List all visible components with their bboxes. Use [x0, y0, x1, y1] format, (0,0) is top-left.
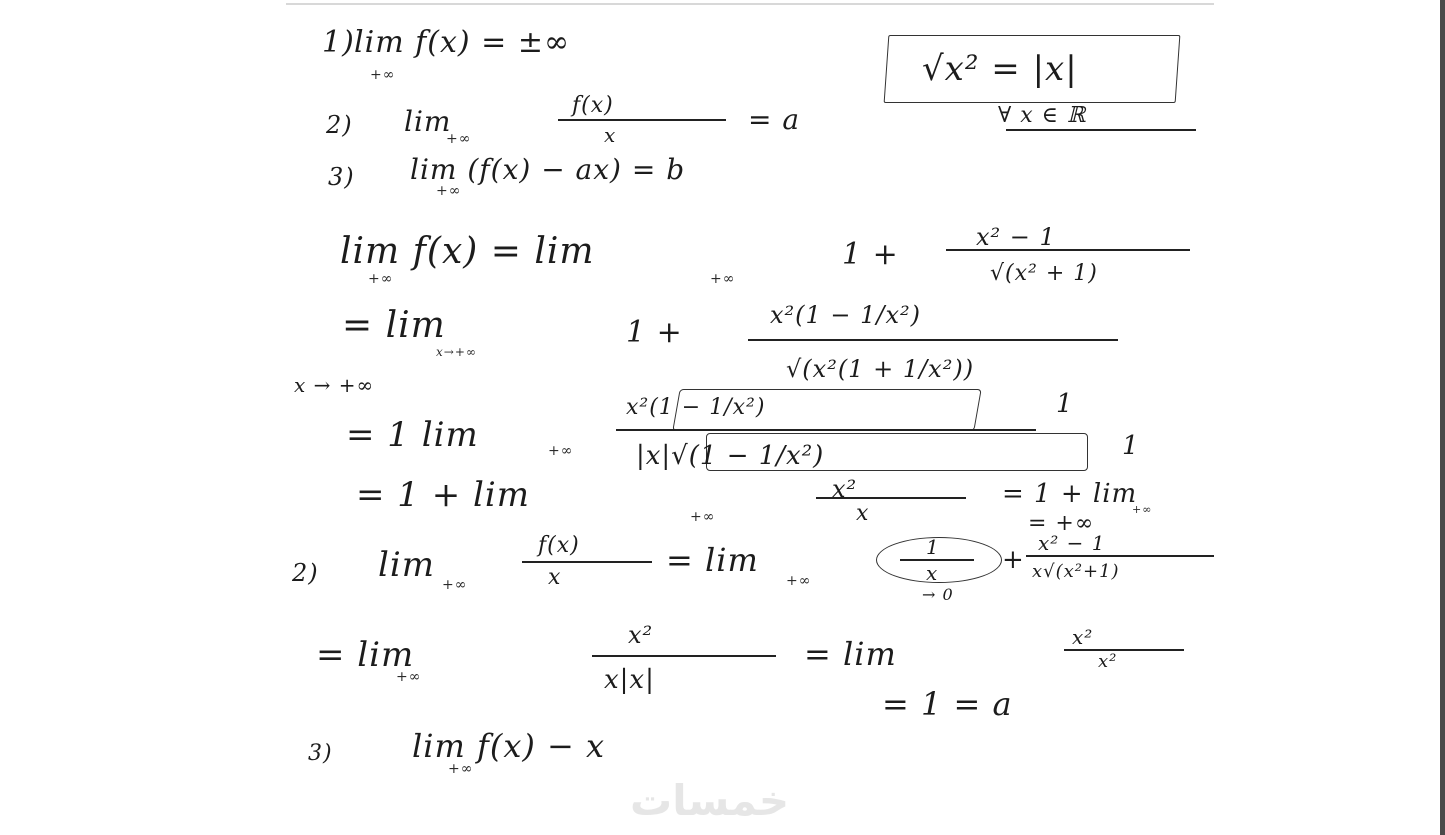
part2b-bar	[592, 655, 776, 657]
step2-lhs: = lim	[342, 305, 446, 346]
step4-sub: +∞	[690, 509, 715, 525]
note-underline	[1006, 129, 1196, 131]
condition-2-fraction-bar	[558, 119, 726, 121]
part2b-den: x|x|	[604, 665, 655, 695]
side-note: x → +∞	[294, 373, 374, 397]
step4-rhs-sub: +∞	[1132, 503, 1152, 516]
step3-right-2: 1	[1122, 431, 1140, 461]
step1-den: √(x² + 1)	[990, 261, 1098, 286]
part2b-sub: +∞	[396, 669, 421, 685]
condition-3-label: 3)	[328, 163, 355, 191]
condition-3-expr: lim (f(x) − ax) = b	[410, 153, 685, 186]
part3-sub: +∞	[448, 761, 473, 777]
part2-lhs-num: f(x)	[538, 533, 580, 558]
part2b-num: x²	[628, 621, 653, 649]
condition-1-expr: lim f(x) = ±∞	[354, 25, 570, 60]
step2-fraction-bar	[748, 339, 1118, 341]
part2-lhs-sub: +∞	[442, 577, 467, 593]
step3-den: |x|√(1 − 1/x²)	[636, 441, 824, 471]
step2-num: x²(1 − 1/x²)	[770, 301, 921, 329]
condition-2-num: f(x)	[572, 93, 614, 118]
condition-2-sub: +∞	[446, 131, 471, 147]
condition-1-label: 1)	[322, 25, 355, 60]
part2b-mid: = lim	[804, 635, 897, 673]
part2-mid-sub: +∞	[786, 573, 811, 589]
step4-lhs: = 1 + lim	[356, 475, 530, 515]
part2b-den2: x²	[1098, 651, 1117, 672]
step1-num: x² − 1	[976, 223, 1056, 251]
part2-circled-den: x	[926, 561, 938, 585]
part2-arrow-note: → 0	[922, 585, 954, 604]
part3-label: 3)	[308, 741, 333, 766]
condition-1-sub: +∞	[370, 67, 395, 83]
step1-fraction-bar	[946, 249, 1190, 251]
step4-rhs: = 1 + lim	[1002, 479, 1137, 509]
condition-2-den: x	[604, 123, 616, 147]
part2-lhs-bar	[522, 561, 652, 563]
step2-den: √(x²(1 + 1/x²))	[786, 355, 974, 383]
part2b-num2: x²	[1072, 625, 1093, 649]
khamsat-watermark: خمسات	[630, 776, 789, 825]
step1-term: 1 +	[842, 237, 899, 272]
handwritten-page: 1) lim f(x) = ±∞ +∞ 2) lim +∞ f(x) x = a…	[286, 5, 1214, 835]
step4-fraction-bar	[816, 497, 966, 499]
part2b-result: = 1 = a	[882, 685, 1013, 723]
step3-sub: +∞	[548, 443, 573, 459]
part2-rhs-den: x√(x²+1)	[1032, 561, 1120, 582]
step2-term: 1 +	[626, 315, 683, 350]
condition-2-lim: lim	[404, 105, 451, 138]
part2-plus: +	[1002, 545, 1025, 575]
part2-rhs-num: x² − 1	[1038, 531, 1106, 555]
part2-lhs: lim	[378, 545, 435, 585]
part3-expr: lim f(x) − x	[412, 727, 605, 765]
step2-sub: x→+∞	[436, 345, 477, 359]
step1-sub-2: +∞	[710, 271, 735, 287]
viewer-scrollbar-edge[interactable]	[1440, 0, 1445, 835]
step3-lhs: = 1 lim	[346, 415, 479, 455]
condition-2-label: 2)	[326, 111, 353, 139]
part2-lhs-den: x	[548, 565, 561, 590]
part2-mid: = lim	[666, 541, 759, 579]
part2-rhs-bar	[1026, 555, 1214, 557]
part2-circled-num: 1	[926, 535, 940, 559]
condition-2-rhs: = a	[748, 103, 800, 136]
condition-3-sub: +∞	[436, 183, 461, 199]
step3-fraction-bar	[616, 429, 1036, 431]
step1-sub-1: +∞	[368, 271, 393, 287]
step3-num: x²(1 − 1/x²)	[626, 395, 765, 420]
step1-lhs: lim f(x) = lim	[340, 231, 595, 272]
step4-den: x	[856, 501, 869, 526]
step3-right-1: 1	[1056, 389, 1074, 419]
part2b-bar2	[1064, 649, 1184, 651]
boxed-note: ∀ x ∈ ℝ	[998, 103, 1086, 128]
part2-label: 2)	[292, 559, 319, 587]
boxed-identity: √x² = |x|	[922, 49, 1078, 89]
